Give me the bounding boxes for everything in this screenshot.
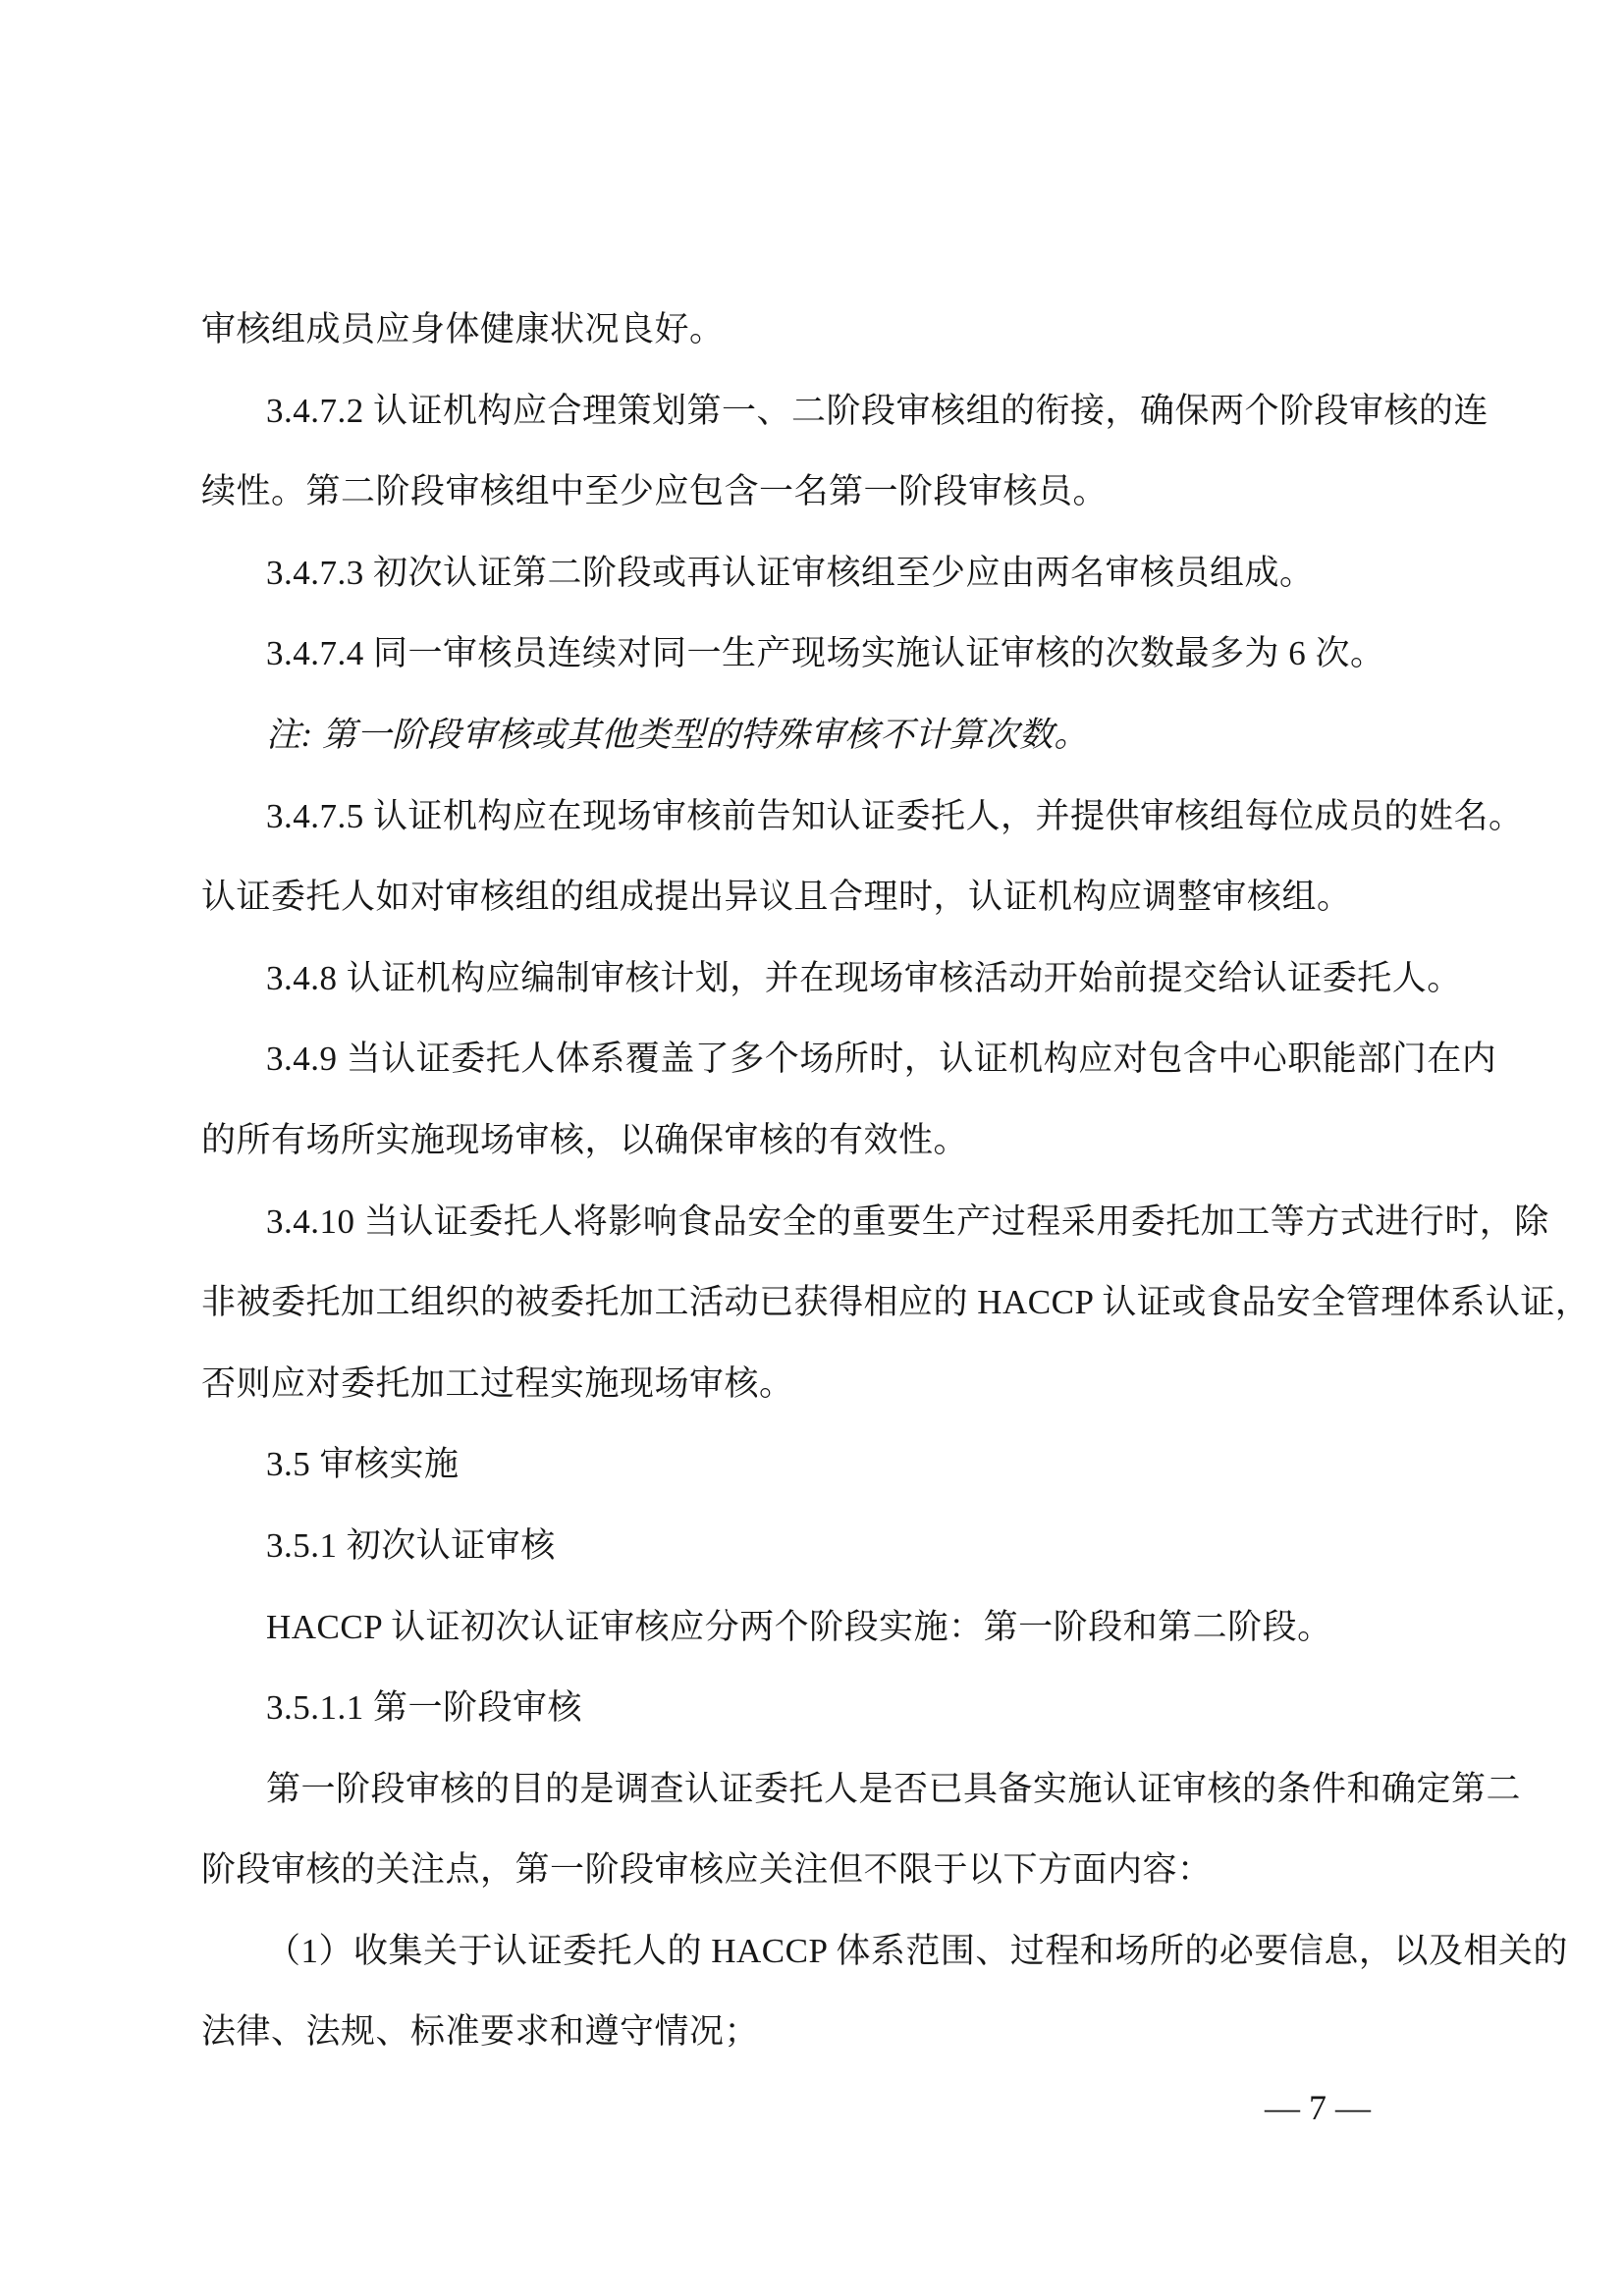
document-page: 审核组成员应身体健康状况良好。 3.4.7.2 认证机构应合理策划第一、二阶段审…	[0, 0, 1624, 2296]
text-line: 否则应对委托加工过程实施现场审核。	[201, 1344, 1448, 1425]
text-line: 认证委托人如对审核组的组成提出异议且合理时，认证机构应调整审核组。	[201, 857, 1448, 938]
section-heading: 3.5.1 初次认证审核	[201, 1506, 1448, 1587]
text-line: 非被委托加工组织的被委托加工活动已获得相应的 HACCP 认证或食品安全管理体系…	[201, 1262, 1448, 1344]
text-line: HACCP 认证初次认证审核应分两个阶段实施：第一阶段和第二阶段。	[201, 1587, 1448, 1669]
text-line: 的所有场所实施现场审核，以确保审核的有效性。	[201, 1100, 1448, 1182]
section-heading: 3.5.1.1 第一阶段审核	[201, 1668, 1448, 1749]
text-line: 3.4.7.2 认证机构应合理策划第一、二阶段审核组的衔接，确保两个阶段审核的连	[201, 371, 1448, 453]
text-line: 3.4.7.5 认证机构应在现场审核前告知认证委托人，并提供审核组每位成员的姓名…	[201, 776, 1448, 858]
note-line: 注: 第一阶段审核或其他类型的特殊审核不计算次数。	[201, 695, 1448, 776]
text-line: 审核组成员应身体健康状况良好。	[201, 290, 1448, 371]
text-line: 阶段审核的关注点，第一阶段审核应关注但不限于以下方面内容：	[201, 1830, 1448, 1911]
text-line: 3.4.7.4 同一审核员连续对同一生产现场实施认证审核的次数最多为 6 次。	[201, 614, 1448, 695]
text-line: 3.4.8 认证机构应编制审核计划，并在现场审核活动开始前提交给认证委托人。	[201, 938, 1448, 1020]
text-line: 3.4.10 当认证委托人将影响食品安全的重要生产过程采用委托加工等方式进行时，…	[201, 1182, 1448, 1263]
text-line: （1）收集关于认证委托人的 HACCP 体系范围、过程和场所的必要信息，以及相关…	[201, 1911, 1448, 1993]
document-body: 审核组成员应身体健康状况良好。 3.4.7.2 认证机构应合理策划第一、二阶段审…	[201, 290, 1448, 2073]
text-line: 续性。第二阶段审核组中至少应包含一名第一阶段审核员。	[201, 452, 1448, 533]
page-number: — 7 —	[1239, 2083, 1396, 2132]
text-line: 3.4.7.3 初次认证第二阶段或再认证审核组至少应由两名审核员组成。	[201, 533, 1448, 614]
text-line: 法律、法规、标准要求和遵守情况；	[201, 1992, 1448, 2073]
section-heading: 3.5 审核实施	[201, 1424, 1448, 1506]
text-line: 3.4.9 当认证委托人体系覆盖了多个场所时，认证机构应对包含中心职能部门在内	[201, 1019, 1448, 1100]
text-line: 第一阶段审核的目的是调查认证委托人是否已具备实施认证审核的条件和确定第二	[201, 1749, 1448, 1831]
